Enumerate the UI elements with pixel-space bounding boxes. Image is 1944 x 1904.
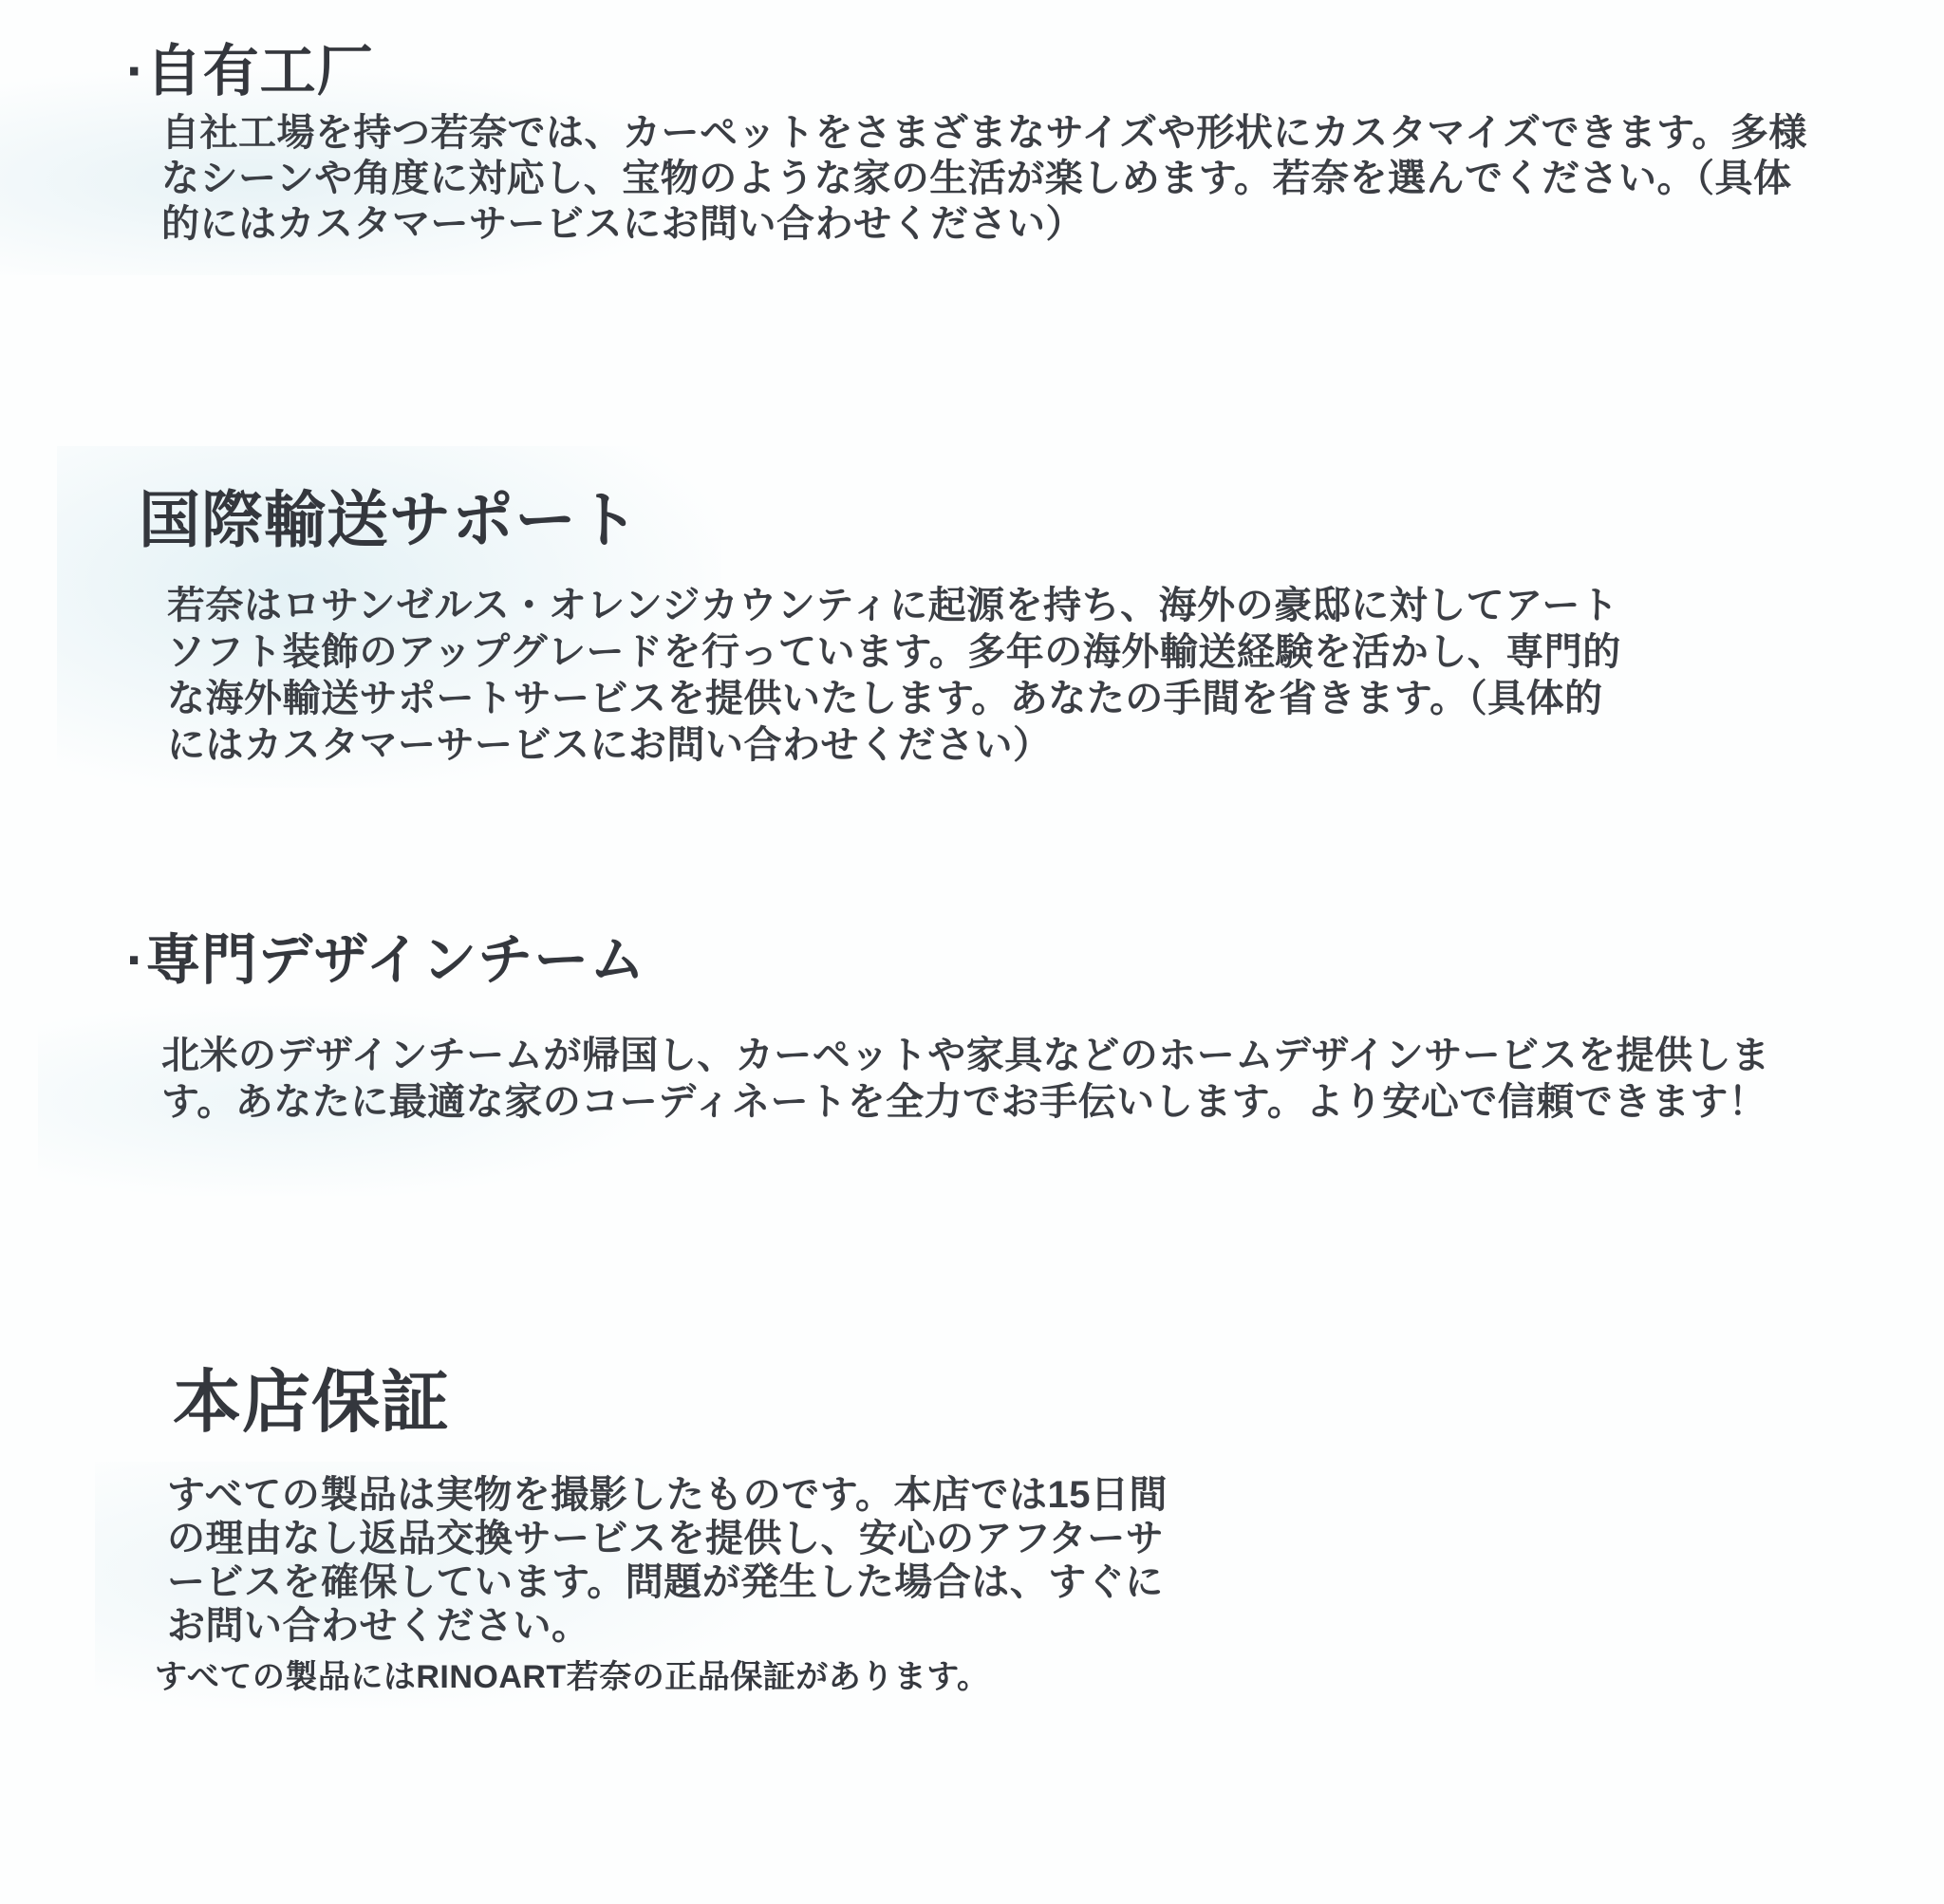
authenticity-guarantee-note: すべての製品にはRINOART若奈の正品保証があります。: [155, 1657, 989, 1697]
section-title-store-guarantee: 本店保証: [173, 1365, 450, 1442]
section-body-design-team: 北米のデザインチームが帰国し、カーペットや家具などのホームデザインサービスを提供…: [161, 1033, 1860, 1126]
section-title-own-factory: ·自有工厂: [126, 40, 374, 103]
section-body-store-guarantee: すべての製品は実物を撮影したものです。本店では15日間 の理由なし返品交換サービ…: [167, 1473, 1173, 1648]
section-body-own-factory: 自社工場を持つ若奈では、カーペットをさまざまなサイズや形状にカスタマイズできます…: [161, 110, 1860, 247]
section-title-international-shipping: 国際輸送サポート: [139, 486, 640, 555]
section-title-design-team: ·専門デザインチーム: [126, 930, 645, 992]
section-body-international-shipping: 若奈はロサンゼルス・オレンジカウンティに起源を持ち、海外の豪邸に対してアート ソ…: [167, 583, 1676, 769]
product-description-page: ·自有工厂 自社工場を持つ若奈では、カーペットをさまざまなサイズや形状にカスタマ…: [0, 0, 1944, 1904]
